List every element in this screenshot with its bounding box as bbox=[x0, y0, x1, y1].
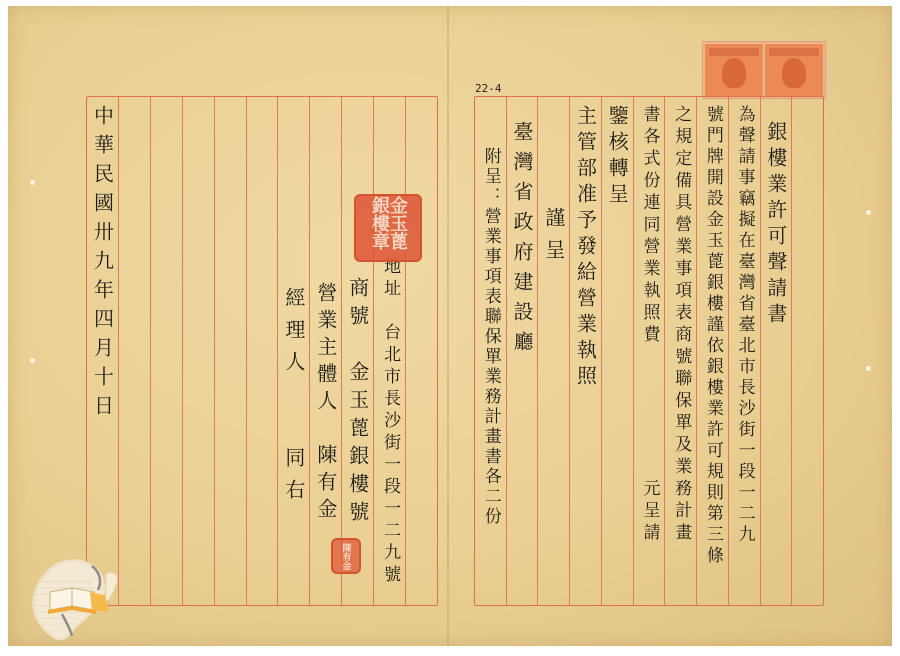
grid-column: 地址 台北市長沙街一段一二九號 bbox=[373, 97, 405, 605]
grid-column bbox=[405, 97, 437, 605]
grid-column: 附呈：營業事項表聯保單業務計畫書各二份 bbox=[475, 97, 506, 605]
document-date: 中華民國卅九年四月十日 bbox=[92, 105, 112, 424]
grid-column: 臺灣省政府建設廳 bbox=[506, 97, 538, 605]
grid-column bbox=[214, 97, 246, 605]
binding-hole bbox=[30, 180, 35, 185]
grid-column: 商號 金玉蓖銀樓號 bbox=[341, 97, 373, 605]
business-owner: 營業主體人 陳有金 bbox=[316, 282, 336, 525]
portrait-icon bbox=[722, 58, 746, 88]
grid-column: 號門牌開設金玉蓖銀樓謹依銀樓業許可規則第三條 bbox=[696, 97, 728, 605]
grid-column: 之規定備具營業事項表商號聯保單及業務計畫 bbox=[664, 97, 696, 605]
grid-column: 經理人 同右 bbox=[277, 97, 309, 605]
stamp-band bbox=[709, 48, 759, 56]
archive-logo-icon bbox=[22, 552, 132, 647]
recipient: 臺灣省政府建設廳 bbox=[512, 121, 532, 361]
binding-hole bbox=[866, 366, 871, 371]
document-title: 銀樓業許可聲請書 bbox=[766, 121, 786, 329]
binding-hole bbox=[30, 358, 35, 363]
shop-name: 商號 金玉蓖銀樓號 bbox=[348, 277, 368, 529]
right-page-grid: 銀樓業許可聲請書 為聲請事竊擬在臺灣省臺北市長沙街一段一二九 號門牌開設金玉蓖銀… bbox=[474, 96, 824, 606]
grid-column bbox=[150, 97, 182, 605]
grid-column bbox=[246, 97, 278, 605]
personal-seal: 陳有金 bbox=[331, 538, 361, 574]
grid-column bbox=[118, 97, 150, 605]
revenue-stamp bbox=[763, 42, 825, 98]
revenue-stamp bbox=[703, 42, 765, 98]
grid-column: 銀樓業許可聲請書 bbox=[760, 97, 792, 605]
grid-column: 鑒核轉呈 bbox=[601, 97, 633, 605]
portrait-icon bbox=[782, 58, 806, 88]
page-fold bbox=[447, 6, 449, 646]
respectfully-submit: 謹呈 bbox=[544, 207, 564, 271]
shop-seal: 金玉蓖銀樓章 bbox=[354, 194, 422, 262]
binding-hole bbox=[866, 210, 871, 215]
grid-column bbox=[182, 97, 214, 605]
grid-column: 為聲請事竊擬在臺灣省臺北市長沙街一段一二九 bbox=[728, 97, 760, 605]
address: 地址 台北市長沙街一段一二九號 bbox=[381, 257, 398, 587]
stamp-band bbox=[769, 48, 819, 56]
manager: 經理人 同右 bbox=[284, 287, 304, 511]
grid-column: 謹呈 bbox=[537, 97, 569, 605]
grid-column: 中華民國卅九年四月十日 bbox=[87, 97, 118, 605]
grid-column: 主管部准予發給營業執照 bbox=[569, 97, 601, 605]
left-page-grid: 地址 台北市長沙街一段一二九號 商號 金玉蓖銀樓號 營業主體人 陳有金 經理人 … bbox=[86, 96, 438, 606]
attachments-note: 附呈：營業事項表聯保單業務計畫書各二份 bbox=[482, 147, 499, 527]
grid-column: 書各式份連同營業執照費 元呈請 bbox=[633, 97, 665, 605]
grid-column: 營業主體人 陳有金 bbox=[309, 97, 341, 605]
page-number: 22-4 bbox=[475, 82, 502, 95]
grid-column bbox=[791, 97, 823, 605]
